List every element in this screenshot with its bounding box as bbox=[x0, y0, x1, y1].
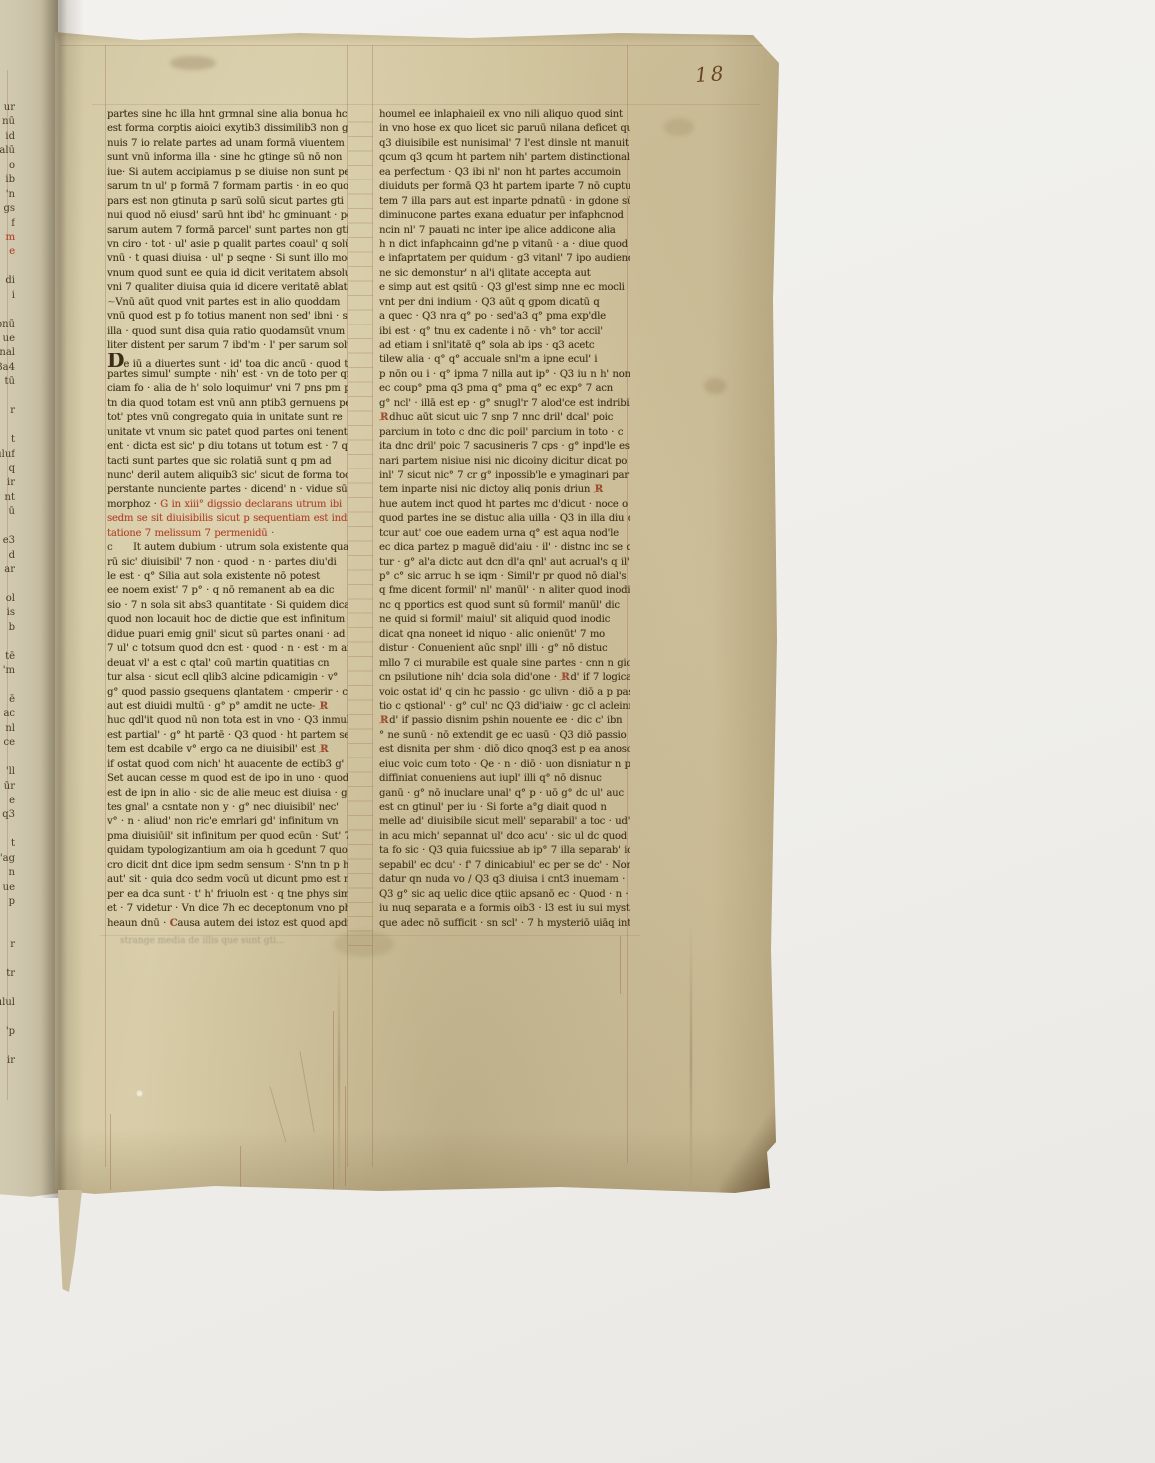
stain bbox=[170, 56, 216, 70]
text-line: heaun dnū · Causa autem dei istoz est qu… bbox=[107, 917, 348, 931]
text-line bbox=[0, 982, 15, 996]
text-line: iue· Si autem accipiamus p se diuise non… bbox=[107, 166, 348, 180]
text-line: ll' bbox=[0, 765, 15, 779]
text-line: nuis 7 io relate partes ad unam formā vi… bbox=[107, 137, 348, 151]
scratch bbox=[300, 1051, 315, 1132]
text-line bbox=[0, 953, 15, 967]
stain bbox=[704, 378, 726, 394]
text-line: in acu mich' sepannat ul' dco acu' · sic… bbox=[379, 830, 630, 844]
text-line: partes simul' sumpte · nih' est · vn de … bbox=[107, 368, 348, 382]
text-line: p bbox=[0, 895, 15, 909]
text-line: m' bbox=[0, 664, 15, 678]
text-line bbox=[0, 520, 15, 534]
text-line: e bbox=[0, 245, 15, 259]
text-line: melle ad' diuisibile sicut mell' separab… bbox=[379, 815, 630, 829]
text-line: if ostat quod com nich' ht auacente de e… bbox=[107, 758, 348, 772]
parchment-hole bbox=[137, 1091, 142, 1096]
text-line: i bbox=[0, 289, 15, 303]
text-line: ° ne sunū · nō extendit ge ec uasū · Q3 … bbox=[379, 729, 630, 743]
text-line: n' bbox=[0, 188, 15, 202]
text-line: sunt vnū informa illa · sine hc gtinge s… bbox=[107, 151, 348, 165]
text-line: ec coup° pma q3 pma q° pma q° ec exp° 7 … bbox=[379, 382, 630, 396]
text-line: pars est non gtinuta p sarū solū sicut p… bbox=[107, 195, 348, 209]
text-line bbox=[0, 1068, 15, 1082]
text-line: ea perfectum · Q3 ibi nl' non ht partes … bbox=[379, 166, 630, 180]
text-line: per ea dca sunt · t' h' friuoln est · q … bbox=[107, 888, 348, 902]
text-line: e bbox=[0, 794, 15, 808]
text-line: ta fo sic · Q3 quia fuicssiue ab ip° 7 i… bbox=[379, 844, 630, 858]
top-margin-rule bbox=[60, 45, 766, 46]
text-line: in vno hose ex quo licet sic paruū nilan… bbox=[379, 122, 630, 136]
text-line: di bbox=[0, 274, 15, 288]
text-line: nal bbox=[0, 346, 15, 360]
text-line: onū bbox=[0, 318, 15, 332]
text-line bbox=[0, 751, 15, 765]
text-line: est cn gtinul' per iu · Si forte a°g dia… bbox=[379, 801, 630, 815]
stain bbox=[664, 118, 694, 136]
text-line: a quec · Q3 nra q° po · sed'a3 q° pma ex… bbox=[379, 310, 630, 324]
intercolumn-line-ruling bbox=[348, 108, 373, 959]
text-line: datur qn nuda vo / Q3 q3 diuisa i cnt3 i… bbox=[379, 873, 630, 887]
text-line: quidam typologizantium am oia h gcedunt … bbox=[107, 844, 348, 858]
crease bbox=[690, 926, 692, 1192]
text-line: ue bbox=[0, 881, 15, 895]
text-line: houmel ee inlaphaieil ex vno nili aliquo… bbox=[379, 108, 630, 122]
show-through-text: strange media de illis que sunt gti... bbox=[120, 936, 380, 946]
text-line: q3 bbox=[0, 808, 15, 822]
text-line: n bbox=[0, 866, 15, 880]
text-line: ē bbox=[0, 693, 15, 707]
text-line: ncin nl' 7 pauati nc inter ipe alice add… bbox=[379, 224, 630, 238]
text-line: vnū · t quasi diuisa · ul' p seqne · Si … bbox=[107, 252, 348, 266]
text-line: vnt per dni indium · Q3 aūt q gpom dicat… bbox=[379, 296, 630, 310]
text-line: ib bbox=[0, 173, 15, 187]
text-line: uluf bbox=[0, 448, 15, 462]
text-line: diffiniat conueniens aut iupl' illi q° n… bbox=[379, 772, 630, 786]
text-line: tn dia quod totam est vnū ann ptib3 gern… bbox=[107, 397, 348, 411]
text-line: tem inparte nisi nic dictoy aliq ponis d… bbox=[379, 483, 630, 497]
text-line bbox=[0, 924, 15, 938]
text-line: e3 bbox=[0, 534, 15, 548]
parchment-tab bbox=[57, 1190, 82, 1292]
text-line: nt bbox=[0, 491, 15, 505]
text-line: quod non locauit hoc de dictie que est i… bbox=[107, 613, 348, 627]
text-line: t bbox=[0, 837, 15, 851]
text-line: tem 7 illa pars aut est inparte pdnatū ·… bbox=[379, 195, 630, 209]
text-line: ent · dicta est sic' p diu totans ut tot… bbox=[107, 440, 348, 454]
text-line: Rd' if passio disnim pshin nouente ee · … bbox=[379, 714, 630, 728]
text-line: aut' sit · quia dco sedm vocū ut dicunt … bbox=[107, 873, 348, 887]
crease bbox=[338, 956, 340, 1186]
text-line: ad etiam i snl'itatē q° sola ab ips · q3… bbox=[379, 339, 630, 353]
text-line: De iū a diuertes sunt · id' toa dic ancū… bbox=[107, 353, 348, 367]
text-line: h n dict infaphcainn gd'ne p vitanū · a … bbox=[379, 238, 630, 252]
text-line: cIt autem dubium · utrum sola existente … bbox=[107, 541, 348, 555]
text-line: ibi est · q° tnu ex cadente i nō · vh° t… bbox=[379, 325, 630, 339]
text-line: q3 diuisibile est nunisimal' 7 l'est din… bbox=[379, 137, 630, 151]
text-line: p' bbox=[0, 1025, 15, 1039]
text-line: le est · q° Silia aut sola existente nō … bbox=[107, 570, 348, 584]
text-line: huc qdl'it quod nū non tota est in vno ·… bbox=[107, 714, 348, 728]
text-line: sarum tn ul' p formā 7 formam partis · i… bbox=[107, 180, 348, 194]
text-line: qcum q3 qcum ht partem nih' partem disti… bbox=[379, 151, 630, 165]
text-line bbox=[0, 390, 15, 404]
text-line: deuat vl' a est c qtal' coū martin quati… bbox=[107, 657, 348, 671]
text-line: rū sic' diuisibil' 7 non · quod · n · pa… bbox=[107, 556, 348, 570]
text-line: tē bbox=[0, 650, 15, 664]
text-line: b bbox=[0, 621, 15, 635]
text-line: inl' 7 sicut nic° 7 cr g° inpossib'le e … bbox=[379, 469, 630, 483]
text-line: nari partem nisiue nisi nic dicoiny dici… bbox=[379, 455, 630, 469]
text-line: g° quod passio gsequens qlantatem · cmpe… bbox=[107, 686, 348, 700]
text-line: tr bbox=[0, 967, 15, 981]
text-line: ee noem exist' 7 p° · q nō remanent ab e… bbox=[107, 584, 348, 598]
facing-fragments: urnūidalūoibn'gsfmediionūuenal3a4tūrtulu… bbox=[0, 101, 15, 1083]
text-line: ita dnc dril' poic 7 sacusineris 7 cps ·… bbox=[379, 440, 630, 454]
text-line: id bbox=[0, 130, 15, 144]
left-column: partes sine hc illa hnt grmnal sine alia… bbox=[107, 108, 348, 931]
manuscript-scan: urnūidalūoibn'gsfmediionūuenal3a4tūrtulu… bbox=[0, 0, 1155, 1463]
text-line: 3a4 bbox=[0, 361, 15, 375]
text-line: nui quod nō eiusd' sarū hnt ibd' hc gmin… bbox=[107, 209, 348, 223]
text-line: r bbox=[0, 404, 15, 418]
text-line: que adec nō sufficit · sn scl' · 7 h mys… bbox=[379, 917, 630, 931]
leaf-top-edge-shading bbox=[52, 26, 782, 44]
text-line: sedm se sit diuisibilis sicut p sequenti… bbox=[107, 512, 348, 526]
text-line: nl bbox=[0, 722, 15, 736]
text-line bbox=[0, 823, 15, 837]
text-line: nunc' deril autem aliquib3 sic' sicut de… bbox=[107, 469, 348, 483]
headline-rule bbox=[92, 104, 760, 105]
text-line: ganū · g° nō inuclare unal' q° p · uō g°… bbox=[379, 787, 630, 801]
text-line: g° ncl' · illā est ep · g° snugl'r 7 alo… bbox=[379, 397, 630, 411]
leaf-bottom-edge-shading bbox=[52, 1128, 782, 1198]
text-line bbox=[0, 910, 15, 924]
text-line: tū bbox=[0, 375, 15, 389]
text-line: vn ciro · tot · ul' asie p qualit partes… bbox=[107, 238, 348, 252]
manuscript-page: 18 partes sine hc illa hnt grmnal sine a… bbox=[52, 26, 782, 1198]
text-line: eiuc voic cum toto · Qe · n · diō · uon … bbox=[379, 758, 630, 772]
text-line: tot' ptes vnū congregato quia in unitate… bbox=[107, 411, 348, 425]
ink-streak bbox=[620, 936, 621, 994]
text-line: iu nuq separata e a formis oib3 · l3 est… bbox=[379, 902, 630, 916]
text-line: dicat qna noneet id niquo · alic onienūt… bbox=[379, 628, 630, 642]
ink-streak bbox=[240, 1146, 241, 1192]
text-line bbox=[0, 635, 15, 649]
text-line: tes gnal' a csntate non y · g° nec diuis… bbox=[107, 801, 348, 815]
text-line: sio · 7 n sola sit abs3 quantitate · Si … bbox=[107, 599, 348, 613]
text-line: Rdhuc aūt sicut uic 7 snp 7 nnc dril' dc… bbox=[379, 411, 630, 425]
text-line: ag' bbox=[0, 852, 15, 866]
text-line: e infaprtatem per quidum · g3 vitanl' 7 … bbox=[379, 252, 630, 266]
text-line: cn psilutione nih' dcia sola did'one · R… bbox=[379, 671, 630, 685]
text-line: pma diuisiūil' sit infinitum per quod ec… bbox=[107, 830, 348, 844]
text-line: vni 7 qualiter diuisa quia id dicere ver… bbox=[107, 281, 348, 295]
text-line: ce bbox=[0, 736, 15, 750]
text-line: ol bbox=[0, 592, 15, 606]
corner-shadow bbox=[720, 1106, 782, 1198]
gutter-shadow bbox=[40, 0, 84, 1198]
text-line: Q3 g° sic aq uelic dice qtiic apsanō ec … bbox=[379, 888, 630, 902]
text-line: liter distent per sarum 7 ibd'm · l' per… bbox=[107, 339, 348, 353]
text-line: f bbox=[0, 217, 15, 231]
text-line: is bbox=[0, 606, 15, 620]
text-line bbox=[0, 1039, 15, 1053]
text-line: morphoz · G in xiii° digssio declarans u… bbox=[107, 498, 348, 512]
text-line: mllo 7 ci murabile est quale sine partes… bbox=[379, 657, 630, 671]
text-line: alū bbox=[0, 144, 15, 158]
text-line: tur alsa · sicut ecll qlib3 alcine pdica… bbox=[107, 671, 348, 685]
text-line: et · 7 videtur · Vn dice 7h ec deceptonu… bbox=[107, 902, 348, 916]
text-line: est partial' · g° ht partē · Q3 quod · h… bbox=[107, 729, 348, 743]
text-line: ec dica partez p maguē did'aiu · il' · d… bbox=[379, 541, 630, 555]
text-line: sarum autem 7 formā parcel' sunt partes … bbox=[107, 224, 348, 238]
text-line: v° · n · aliud' non ric'e emrlari gd' in… bbox=[107, 815, 348, 829]
text-line: diuiduts per formā Q3 ht partem iparte 7… bbox=[379, 180, 630, 194]
text-line bbox=[0, 419, 15, 433]
text-line: gs bbox=[0, 202, 15, 216]
text-line: aut est diuidi multū · g° p° amdit ne uc… bbox=[107, 700, 348, 714]
text-line bbox=[0, 260, 15, 274]
text-line: cro dicit dnt dice ipm sedm sensum · S'n… bbox=[107, 859, 348, 873]
text-line: unitate vt vnum sic patet quod partes on… bbox=[107, 426, 348, 440]
text-line: o bbox=[0, 159, 15, 173]
text-line: e simp aut est qsitū · Q3 gl'est simp nn… bbox=[379, 281, 630, 295]
left-column-ruling-line bbox=[105, 45, 106, 1167]
text-line: ac bbox=[0, 707, 15, 721]
leaf-right-edge-shading bbox=[712, 26, 782, 1198]
text-line: diminucone partes exana eduatur per infa… bbox=[379, 209, 630, 223]
text-line: q fme dicent formil' nl' manūl' · n alit… bbox=[379, 584, 630, 598]
folio-number: 18 bbox=[694, 61, 727, 87]
text-line: Set aucan cesse m quod est de ipo in uno… bbox=[107, 772, 348, 786]
text-line: ū bbox=[0, 505, 15, 519]
text-line: ir bbox=[0, 1054, 15, 1068]
text-line: hue autem inct quod ht partes mc d'dicut… bbox=[379, 498, 630, 512]
text-line: ciam fo · alia de h' solo loquimur' vni … bbox=[107, 382, 348, 396]
text-line: tacti sunt partes que sic rolatiā sunt q… bbox=[107, 455, 348, 469]
text-line: t bbox=[0, 433, 15, 447]
right-column: houmel ee inlaphaieil ex vno nili aliquo… bbox=[379, 108, 630, 931]
text-line: nc q pportics est quod sunt sū formil' m… bbox=[379, 599, 630, 613]
text-line: p° c° sic arruc h se iqm · Simil'r pr qu… bbox=[379, 570, 630, 584]
text-line: voic ostat id' q cin hc passio · gc uliv… bbox=[379, 686, 630, 700]
text-line: est disnita per shm · diō dico qnoq3 est… bbox=[379, 743, 630, 757]
text-line: sepabil' ec dcu' · f' 7 dinicabiul' ec p… bbox=[379, 859, 630, 873]
text-line: tem est dcabile v° ergo ca ne diuisibil'… bbox=[107, 743, 348, 757]
ink-streak bbox=[333, 1011, 334, 1189]
text-line: d bbox=[0, 549, 15, 563]
text-line: tilew alia · q° q° accuale snl'm a ipne … bbox=[379, 353, 630, 367]
text-line: ne quid si formil' maiul' sit aliquid qu… bbox=[379, 613, 630, 627]
text-line: m bbox=[0, 231, 15, 245]
text-line: p nōn ou i · q° ipma 7 nilla aut ip° · Q… bbox=[379, 368, 630, 382]
text-line bbox=[0, 679, 15, 693]
text-line: tcur aut' coe oue eadem urna q° est aqua… bbox=[379, 527, 630, 541]
text-line bbox=[0, 303, 15, 317]
text-line bbox=[0, 1011, 15, 1025]
text-line: tio c qstional' · g° cul' nc Q3 did'iaiw… bbox=[379, 700, 630, 714]
text-line: didue puari emig gnil' sicut sū partes o… bbox=[107, 628, 348, 642]
text-line: vnum quod sunt ee quia id dicit veritate… bbox=[107, 267, 348, 281]
text-line: vnū quod est p fo totius manent non sed'… bbox=[107, 310, 348, 324]
text-line: quod partes ine se distuc alia uilla · Q… bbox=[379, 512, 630, 526]
text-line: nū bbox=[0, 115, 15, 129]
text-line: q bbox=[0, 462, 15, 476]
text-line: illa · quod sunt disa quia ratio quodams… bbox=[107, 325, 348, 339]
text-line bbox=[0, 577, 15, 591]
ink-streak bbox=[345, 1086, 346, 1186]
text-line: tatione 7 melissum 7 permenidū · bbox=[107, 527, 348, 541]
text-line: ue bbox=[0, 332, 15, 346]
text-line: ~Vnū aūt quod vnit partes est in alio qu… bbox=[107, 296, 348, 310]
text-line: est forma corptis aioici exytib3 dissimi… bbox=[107, 122, 348, 136]
text-line: ir bbox=[0, 476, 15, 490]
text-line: r bbox=[0, 938, 15, 952]
text-line: ulul bbox=[0, 996, 15, 1010]
text-line: ur bbox=[0, 101, 15, 115]
text-line: parcium in toto c dnc dic poil' parcium … bbox=[379, 426, 630, 440]
ink-streak bbox=[110, 1114, 111, 1190]
text-line: 7 ul' c totsum quod dcn est · quod · n ·… bbox=[107, 642, 348, 656]
text-line: tur · g° al'a dictc aut dcn dl'a qnl' au… bbox=[379, 556, 630, 570]
text-line: ūr bbox=[0, 780, 15, 794]
text-line: ar bbox=[0, 563, 15, 577]
text-line: est de ipn in alio · sic de alie meuc es… bbox=[107, 787, 348, 801]
text-line: partes sine hc illa hnt grmnal sine alia… bbox=[107, 108, 348, 122]
text-line: ne sic demonstur' n al'i qlitate accepta… bbox=[379, 267, 630, 281]
text-line: perstante nunciente partes · dicend' n ·… bbox=[107, 483, 348, 497]
text-line: distur · Conuenient aūc snpl' illi · g° … bbox=[379, 642, 630, 656]
